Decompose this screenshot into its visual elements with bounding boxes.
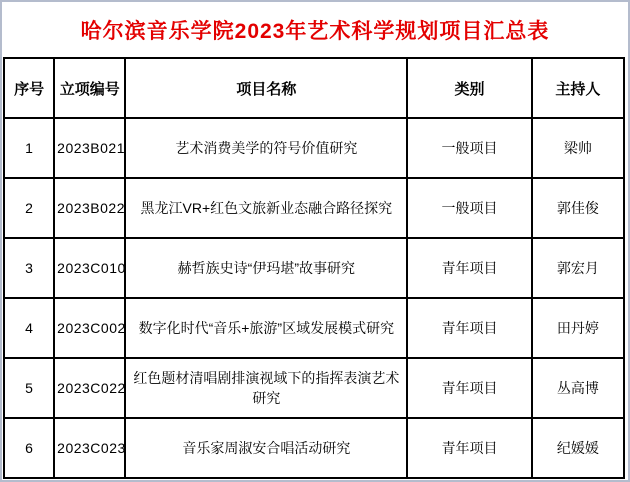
cell-name: 红色题材清唱剧排演视域下的指挥表演艺术研究	[125, 358, 407, 418]
cell-leader: 纪媛媛	[532, 418, 624, 478]
cell-category: 青年项目	[407, 238, 531, 298]
cell-code: 2023C002	[54, 298, 125, 358]
header-row: 序号 立项编号 项目名称 类别 主持人	[4, 58, 624, 118]
table-row: 6 2023C023 音乐家周淑安合唱活动研究 青年项目 纪媛媛	[4, 418, 624, 478]
cell-name: 数字化时代“音乐+旅游”区域发展模式研究	[125, 298, 407, 358]
table-row: 4 2023C002 数字化时代“音乐+旅游”区域发展模式研究 青年项目 田丹婷	[4, 298, 624, 358]
cell-no: 6	[4, 418, 54, 478]
column-header-name: 项目名称	[125, 58, 407, 118]
title-bar: 哈尔滨音乐学院2023年艺术科学规划项目汇总表	[2, 2, 628, 57]
cell-code: 2023B022	[54, 178, 125, 238]
table-row: 3 2023C010 赫哲族史诗“伊玛堪”故事研究 青年项目 郭宏月	[4, 238, 624, 298]
cell-no: 3	[4, 238, 54, 298]
column-header-no: 序号	[4, 58, 54, 118]
cell-category: 青年项目	[407, 418, 531, 478]
cell-name: 音乐家周淑安合唱活动研究	[125, 418, 407, 478]
cell-code: 2023C010	[54, 238, 125, 298]
table-row: 1 2023B021 艺术消费美学的符号价值研究 一般项目 梁帅	[4, 118, 624, 178]
cell-leader: 梁帅	[532, 118, 624, 178]
cell-leader: 丛高博	[532, 358, 624, 418]
cell-category: 一般项目	[407, 118, 531, 178]
column-header-code: 立项编号	[54, 58, 125, 118]
cell-leader: 郭宏月	[532, 238, 624, 298]
cell-leader: 田丹婷	[532, 298, 624, 358]
cell-name: 黑龙江VR+红色文旅新业态融合路径探究	[125, 178, 407, 238]
cell-no: 5	[4, 358, 54, 418]
projects-table: 序号 立项编号 项目名称 类别 主持人 1 2023B021 艺术消费美学的符号…	[3, 57, 625, 479]
cell-code: 2023B021	[54, 118, 125, 178]
document-page: 哈尔滨音乐学院2023年艺术科学规划项目汇总表 序号 立项编号 项目名称 类别 …	[0, 0, 630, 482]
cell-name: 赫哲族史诗“伊玛堪”故事研究	[125, 238, 407, 298]
column-header-category: 类别	[407, 58, 531, 118]
cell-no: 1	[4, 118, 54, 178]
cell-name: 艺术消费美学的符号价值研究	[125, 118, 407, 178]
cell-code: 2023C023	[54, 418, 125, 478]
cell-category: 青年项目	[407, 358, 531, 418]
cell-category: 青年项目	[407, 298, 531, 358]
column-header-leader: 主持人	[532, 58, 624, 118]
cell-leader: 郭佳俊	[532, 178, 624, 238]
cell-category: 一般项目	[407, 178, 531, 238]
cell-no: 2	[4, 178, 54, 238]
table-row: 2 2023B022 黑龙江VR+红色文旅新业态融合路径探究 一般项目 郭佳俊	[4, 178, 624, 238]
cell-code: 2023C022	[54, 358, 125, 418]
page-title: 哈尔滨音乐学院2023年艺术科学规划项目汇总表	[81, 15, 550, 45]
cell-no: 4	[4, 298, 54, 358]
table-row: 5 2023C022 红色题材清唱剧排演视域下的指挥表演艺术研究 青年项目 丛高…	[4, 358, 624, 418]
